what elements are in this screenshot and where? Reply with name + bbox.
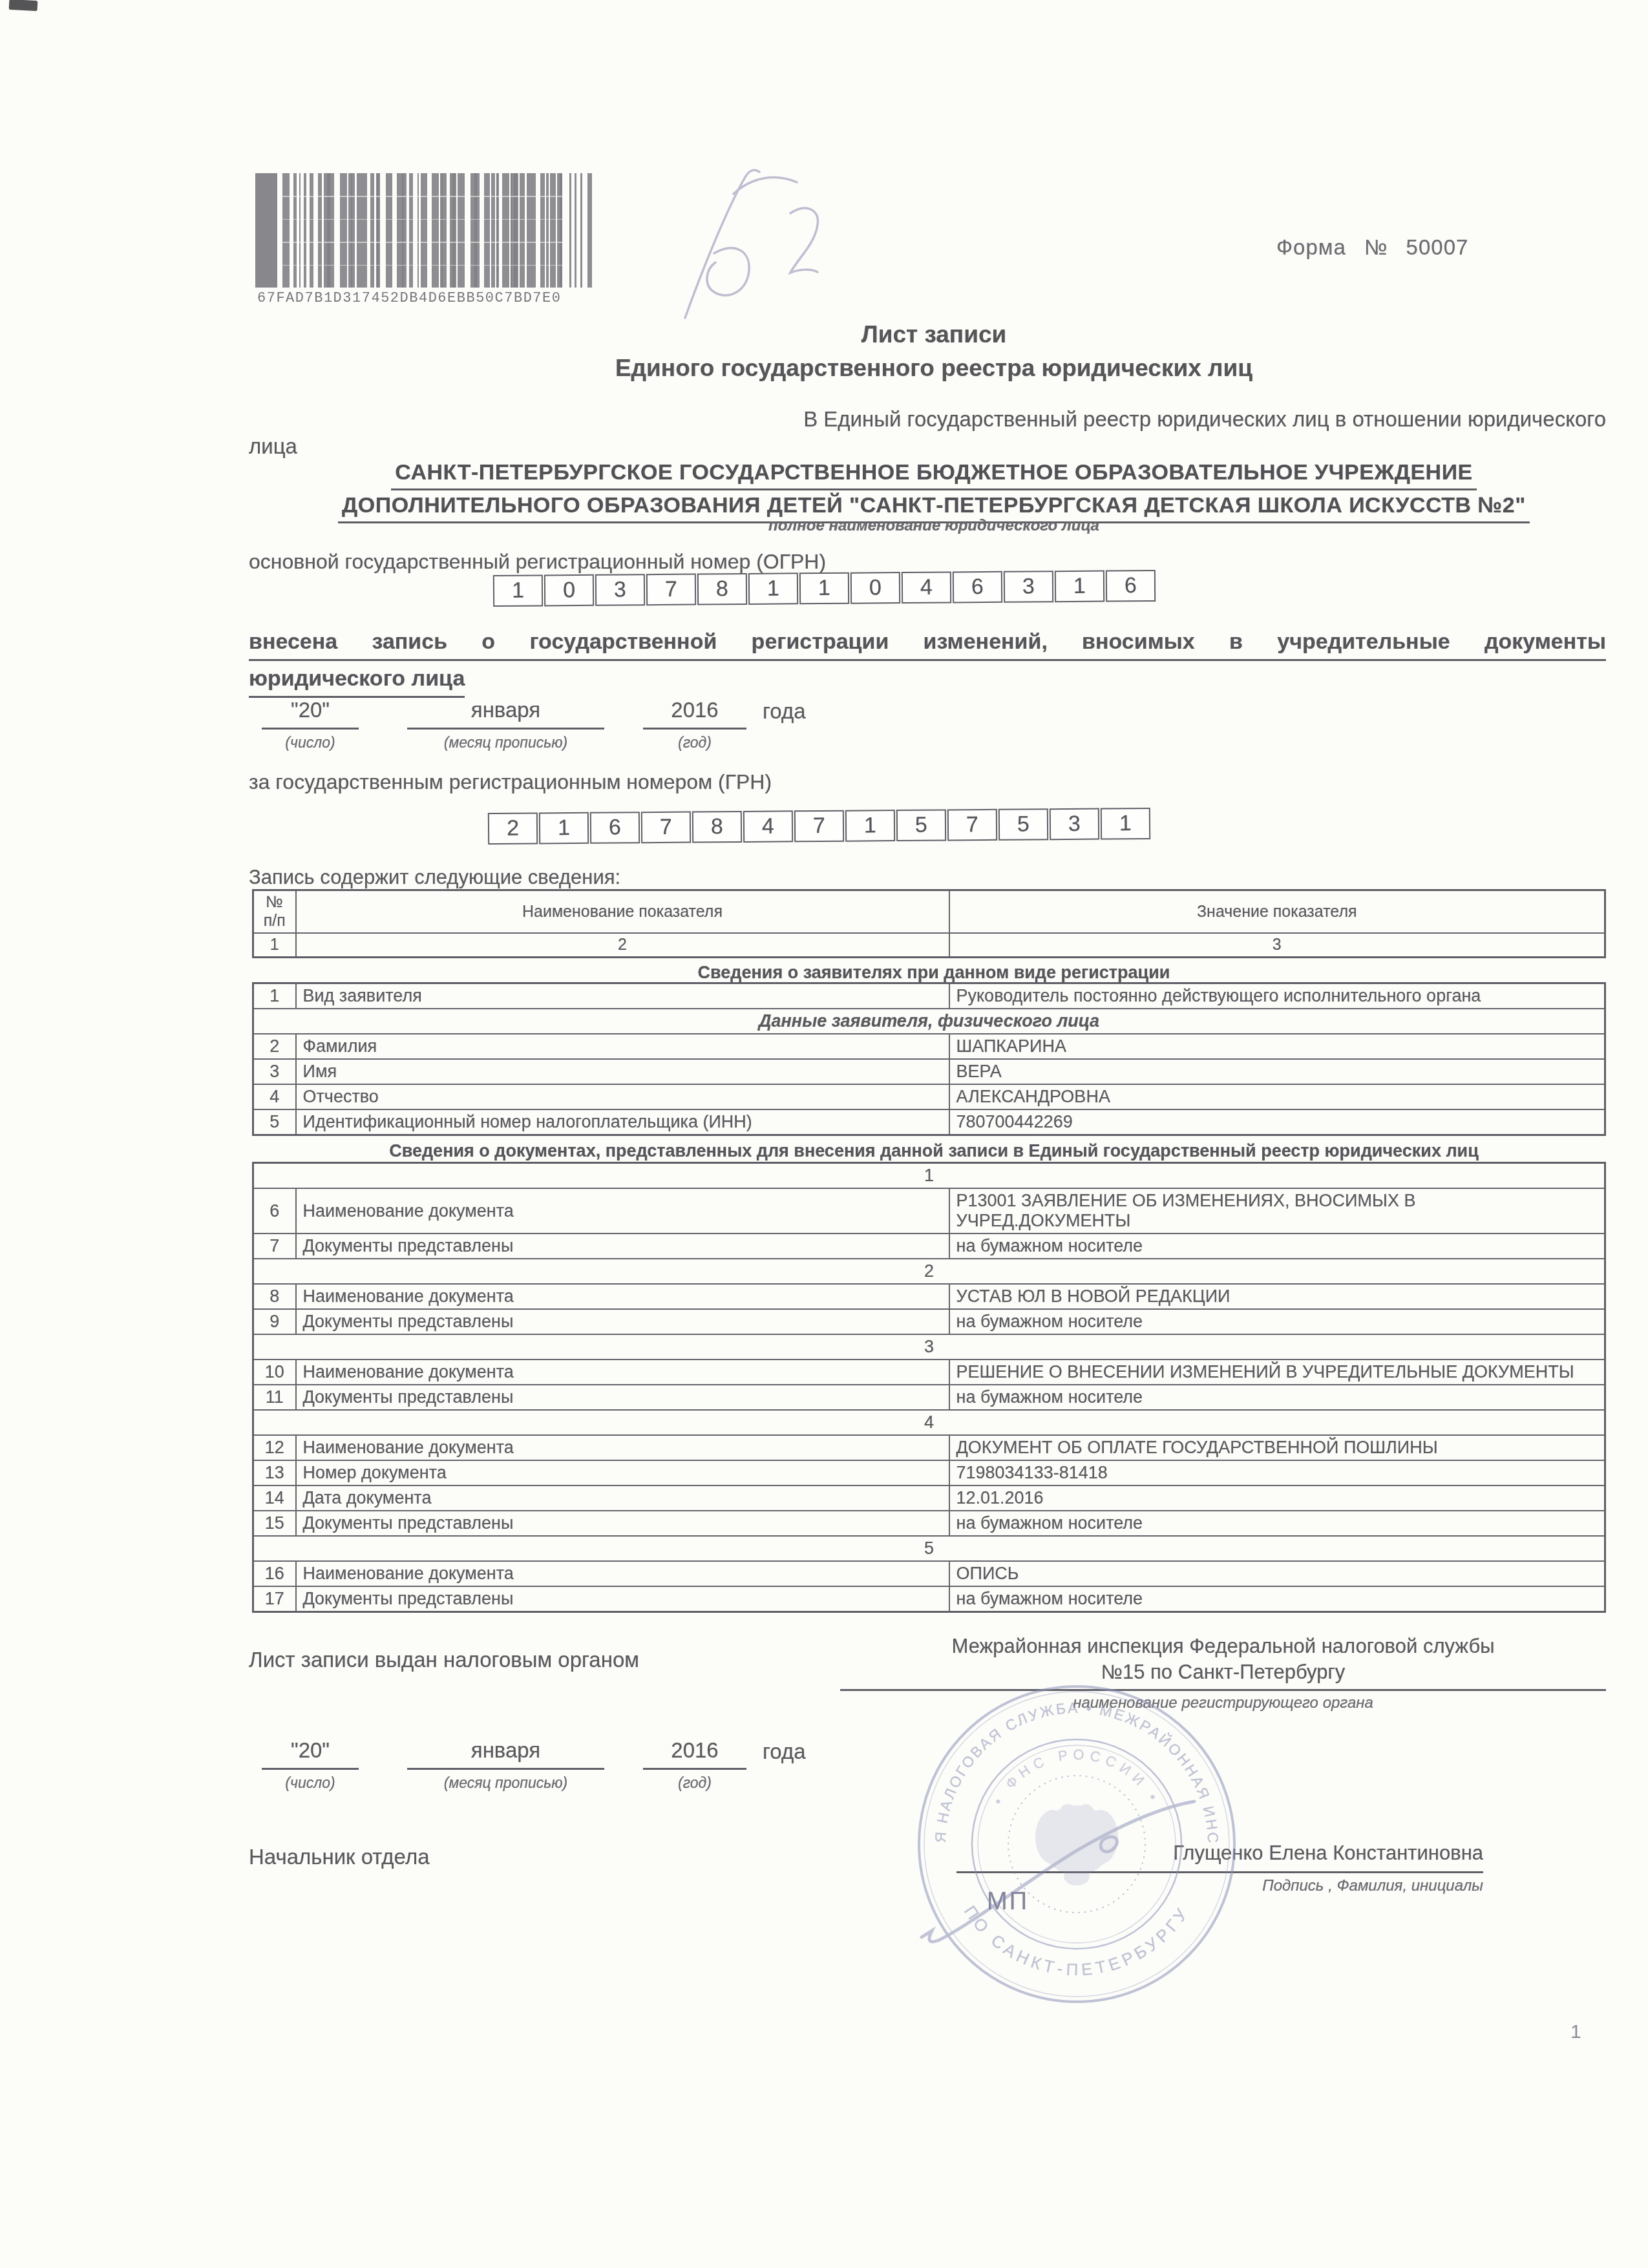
indicator-value: 12.01.2016 [949,1486,1605,1511]
digit-cell: 3 [1050,808,1099,841]
digit-cell: 3 [595,574,645,606]
digit-cell: 8 [692,811,742,843]
documents-section-title: Сведения о документах, представленных дл… [249,1141,1619,1161]
authority-line-1: Межрайонная инспекция Федеральной налого… [840,1633,1606,1659]
digit-cell: 1 [539,812,589,845]
indicator-name: Дата документа [296,1486,949,1511]
year-caption: (год) [643,734,746,751]
table-row: 6Наименование документаР13001 ЗАЯВЛЕНИЕ … [253,1188,1605,1234]
document-group-number: 2 [253,1259,1605,1284]
date-day-field: "20" (число) [262,698,359,730]
indicator-value: ОПИСЬ [949,1561,1605,1586]
title-line-2: Единого государственного реестра юридиче… [249,352,1619,385]
table-row: 2 [253,1259,1605,1284]
indicator-value: на бумажном носителе [949,1586,1605,1612]
documents-table: 16Наименование документаР13001 ЗАЯВЛЕНИЕ… [252,1162,1606,1613]
row-number: 5 [253,1109,296,1135]
intro-line-2: лица [249,434,297,459]
indicator-value: ШАПКАРИНА [949,1034,1605,1059]
date-suffix: года [763,1739,806,1764]
indicator-name: Наименование документа [296,1284,949,1309]
table-row: 13Номер документа7198034133-81418 [253,1460,1605,1486]
indicator-name: Наименование документа [296,1188,949,1234]
row-number: 3 [253,1059,296,1084]
org-name-line-1: САНКТ-ПЕТЕРБУРГСКОЕ ГОСУДАРСТВЕННОЕ БЮДЖ… [391,457,1477,490]
table-row: 14Дата документа12.01.2016 [253,1486,1605,1511]
day-caption: (число) [262,734,359,751]
digit-cell: 1 [799,572,849,605]
eagle-emblem [1035,1804,1118,1885]
applicants-section-title: Сведения о заявителях при данном виде ре… [249,963,1619,983]
svg-text:• ФНС РОССИИ •: • ФНС РОССИИ • [990,1747,1164,1808]
indicator-name: Наименование документа [296,1360,949,1385]
indicator-value: на бумажном носителе [949,1385,1605,1410]
org-name-caption: полное наименование юридического лица [249,517,1619,535]
row-number: 16 [253,1561,296,1586]
stamp-ring-bottom-text: ПО САНКТ-ПЕТЕРБУРГУ [960,1902,1194,1980]
row-number: 17 [253,1586,296,1612]
table-row: 12Наименование документаДОКУМЕНТ ОБ ОПЛА… [253,1435,1605,1460]
digit-cell: 3 [1004,571,1053,603]
document-group-number: 5 [253,1536,1605,1561]
row-number: 12 [253,1435,296,1460]
table-row: 17Документы представленына бумажном носи… [253,1586,1605,1612]
table-row: 4ОтчествоАЛЕКСАНДРОВНА [253,1084,1605,1109]
indicator-name: Документы представлены [296,1385,949,1410]
indicator-name: Отчество [296,1084,949,1109]
row-number: 6 [253,1188,296,1234]
digit-cell: 4 [743,810,793,843]
row-number: 2 [253,1034,296,1059]
title-line-1: Лист записи [249,318,1619,352]
indicator-name: Фамилия [296,1034,949,1059]
table-row: 3ИмяВЕРА [253,1059,1605,1084]
digit-cell: 6 [953,571,1002,604]
digit-cell: 6 [1106,570,1156,602]
row-number: 11 [253,1385,296,1410]
indicator-value: РЕШЕНИЕ О ВНЕСЕНИИ ИЗМЕНЕНИЙ В УЧРЕДИТЕЛ… [949,1360,1605,1385]
digit-cell: 1 [493,574,543,607]
indicator-value: Руководитель постоянно действующего испо… [949,983,1605,1009]
table-row: 15Документы представленына бумажном носи… [253,1511,1605,1536]
table-row: 1 2 3 [253,933,1605,958]
indicator-value: на бумажном носителе [949,1234,1605,1259]
table-row: 5 [253,1536,1605,1561]
statement-line-1: внесена запись о государственной регистр… [249,627,1606,661]
table-row: Данные заявителя, физического лица [253,1009,1605,1034]
date-year-field: 2016 (год) [643,1738,746,1770]
indicator-name: Наименование документа [296,1435,949,1460]
digit-cell: 1 [845,810,895,842]
digit-cell: 7 [947,809,997,841]
record-contents-intro: Запись содержит следующие сведения: [249,866,620,889]
handwritten-mark [637,143,850,337]
indicator-value: Р13001 ЗАЯВЛЕНИЕ ОБ ИЗМЕНЕНИЯХ, ВНОСИМЫХ… [949,1188,1605,1234]
indicator-value: АЛЕКСАНДРОВНА [949,1084,1605,1109]
table-row: 16Наименование документаОПИСЬ [253,1561,1605,1586]
indicator-name: Номер документа [296,1460,949,1486]
digit-cell: 7 [641,812,691,844]
stamp-ring-inner-text: • ФНС РОССИИ • [990,1747,1164,1808]
table-row: 7Документы представленына бумажном носит… [253,1234,1605,1259]
statement-line-2: юридического лица [249,664,465,698]
grn-digit-boxes: 2167847157531 [488,808,1150,845]
row-number: 13 [253,1460,296,1486]
digit-cell: 1 [1101,808,1150,840]
row-number: 10 [253,1360,296,1385]
pdf417-barcode [255,173,595,288]
indicator-name: Документы представлены [296,1586,949,1612]
table-row: 1 [253,1163,1605,1189]
document-title: Лист записи Единого государственного рее… [249,318,1619,385]
scan-artifact-speck [9,0,38,11]
row-number: 1 [253,983,296,1009]
indicator-name: Документы представлены [296,1511,949,1536]
table-subheader: Данные заявителя, физического лица [253,1009,1605,1034]
indicator-value: ДОКУМЕНТ ОБ ОПЛАТЕ ГОСУДАРСТВЕННОЙ ПОШЛИ… [949,1435,1605,1460]
table-row: 4 [253,1410,1605,1435]
digit-cell: 5 [896,809,946,841]
svg-text:ПО САНКТ-ПЕТЕРБУРГУ: ПО САНКТ-ПЕТЕРБУРГУ [960,1902,1194,1980]
official-title: Начальник отдела [249,1845,430,1869]
table-row: 9Документы представленына бумажном носит… [253,1309,1605,1334]
digit-cell: 4 [902,571,951,604]
indicator-value: на бумажном носителе [949,1309,1605,1334]
row-number: 14 [253,1486,296,1511]
ogrn-label: основной государственный регистрационный… [249,550,826,574]
registration-date-block: "20" (число) января (месяц прописью) 201… [255,698,1070,760]
document-group-number: 1 [253,1163,1605,1189]
intro-line-1: В Единый государственный реестр юридичес… [249,407,1606,432]
date-month-field: января (месяц прописью) [407,698,604,730]
digit-cell: 8 [697,573,747,605]
record-header-table: № п/п Наименование показателя Значение п… [252,889,1606,958]
indicator-value: УСТАВ ЮЛ В НОВОЙ РЕДАКЦИИ [949,1284,1605,1309]
date-day-field: "20" (число) [262,1738,359,1770]
row-number: 8 [253,1284,296,1309]
indicator-value: 780700442269 [949,1109,1605,1135]
table-row: 2ФамилияШАПКАРИНА [253,1034,1605,1059]
date-month-field: января (месяц прописью) [407,1738,604,1770]
registration-statement: внесена запись о государственной регистр… [249,627,1606,698]
table-row: 10Наименование документаРЕШЕНИЕ О ВНЕСЕН… [253,1360,1605,1385]
indicator-value: 7198034133-81418 [949,1460,1605,1486]
table-row: 11Документы представленына бумажном носи… [253,1385,1605,1410]
digit-cell: 0 [544,574,594,607]
indicator-name: Идентификационный номер налогоплательщик… [296,1109,949,1135]
row-number: 4 [253,1084,296,1109]
ogrn-digit-boxes: 1037811046316 [493,570,1156,607]
digit-cell: 5 [998,808,1048,841]
digit-cell: 2 [488,812,538,845]
table-row: 3 [253,1334,1605,1360]
grn-label: за государственным регистрационным номер… [249,770,772,794]
issued-by-label: Лист записи выдан налоговым органом [249,1648,639,1672]
indicator-value: на бумажном носителе [949,1511,1605,1536]
digit-cell: 6 [590,812,640,844]
month-caption: (месяц прописью) [407,1774,604,1792]
indicator-name: Документы представлены [296,1309,949,1334]
table-row: 5Идентификационный номер налогоплательщи… [253,1109,1605,1135]
indicator-name: Имя [296,1059,949,1084]
indicator-name: Наименование документа [296,1561,949,1586]
form-number-label: Форма № 50007 [1276,235,1468,260]
document-group-number: 3 [253,1334,1605,1360]
indicator-name: Вид заявителя [296,983,949,1009]
digit-cell: 1 [1055,571,1104,603]
table-row: 1Вид заявителяРуководитель постоянно дей… [253,983,1605,1009]
page-number: 1 [1570,2021,1581,2043]
organization-name: САНКТ-ПЕТЕРБУРГСКОЕ ГОСУДАРСТВЕННОЕ БЮДЖ… [249,457,1619,523]
day-caption: (число) [262,1774,359,1792]
indicator-value: ВЕРА [949,1059,1605,1084]
date-suffix: года [763,699,806,724]
table-row: 8Наименование документаУСТАВ ЮЛ В НОВОЙ … [253,1284,1605,1309]
digit-cell: 7 [646,574,696,606]
year-caption: (год) [643,1774,746,1792]
digit-cell: 0 [850,572,900,604]
date-year-field: 2016 (год) [643,698,746,730]
row-number: 15 [253,1511,296,1536]
table-row: № п/п Наименование показателя Значение п… [253,890,1605,934]
official-round-stamp: ФЕДЕРАЛЬНАЯ НАЛОГОВАЯ СЛУЖБА • МЕЖРАЙОНН… [910,1677,1243,2011]
digit-cell: 1 [748,572,798,605]
document-group-number: 4 [253,1410,1605,1435]
digit-cell: 7 [794,810,844,843]
indicator-name: Документы представлены [296,1234,949,1259]
month-caption: (месяц прописью) [407,734,604,751]
row-number: 7 [253,1234,296,1259]
applicants-table: 1Вид заявителяРуководитель постоянно дей… [252,982,1606,1136]
row-number: 9 [253,1309,296,1334]
scanned-document-page: 67FAD7B1D317452DB4D6EBB50C7BD7E0 Форма №… [0,0,1648,2268]
barcode-number: 67FAD7B1D317452DB4D6EBB50C7BD7E0 [257,290,561,306]
